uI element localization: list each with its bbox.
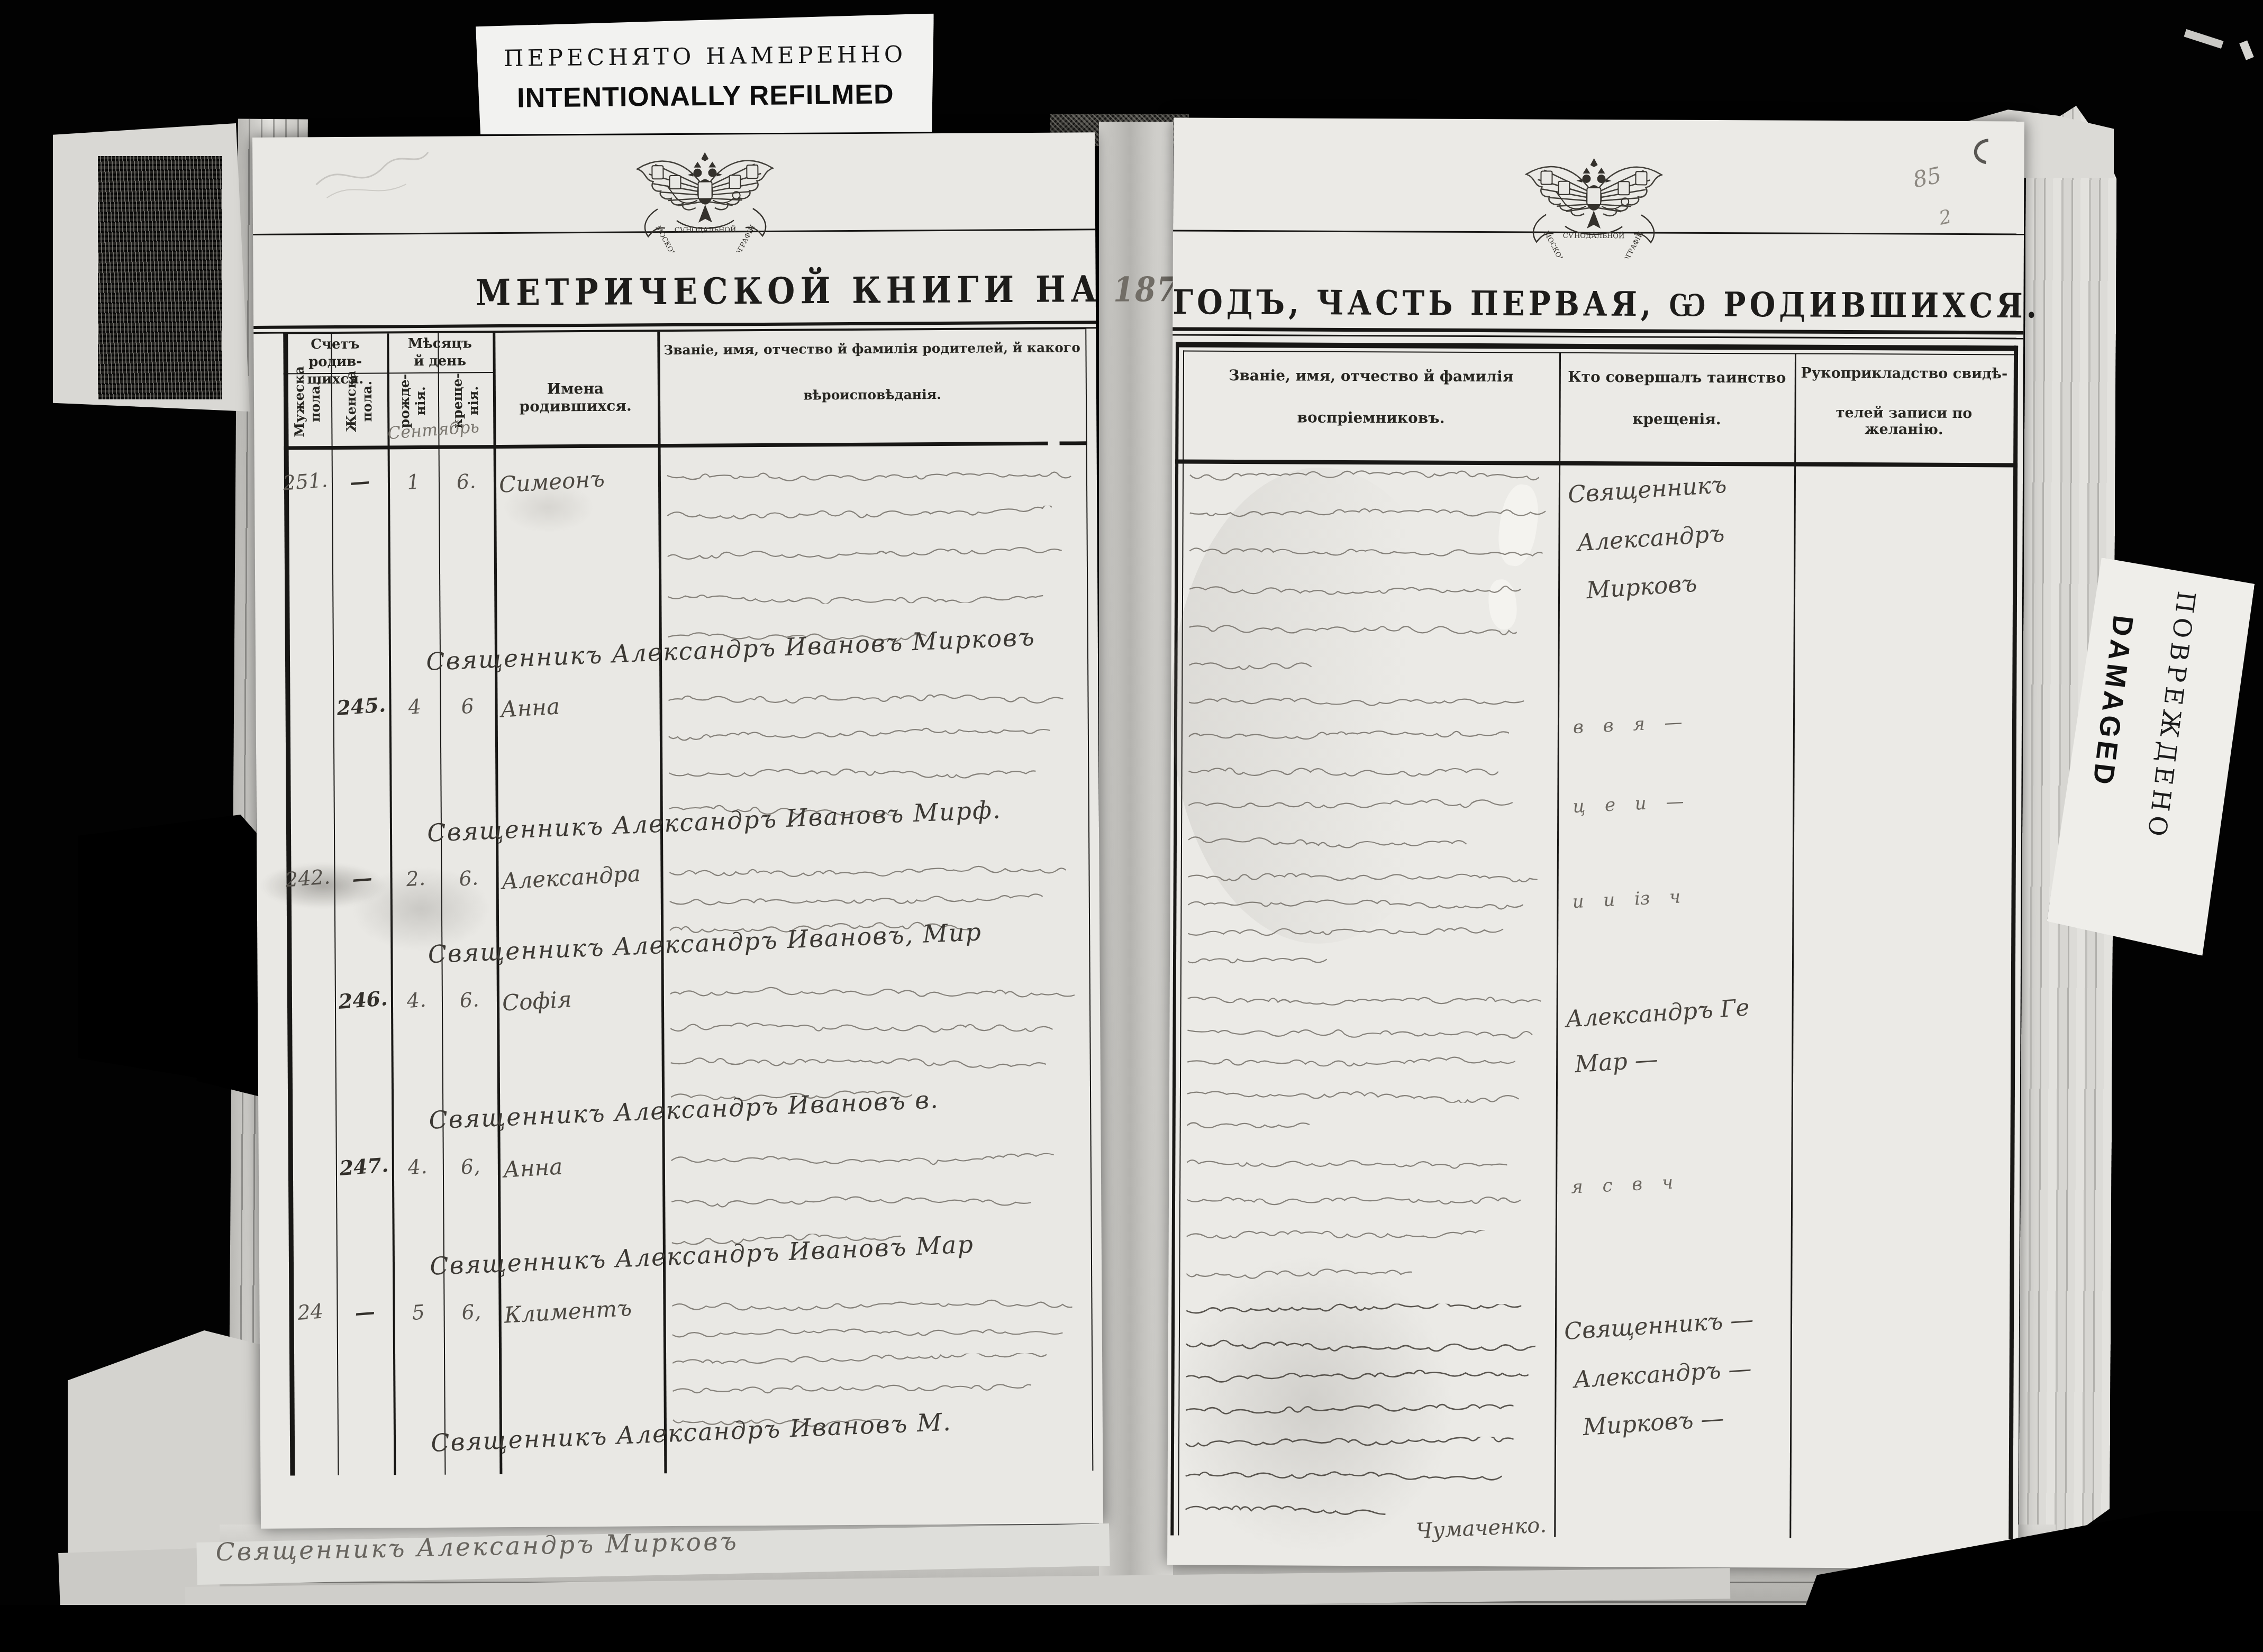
handwriting-line xyxy=(668,862,1066,881)
handwriting-line xyxy=(1187,925,1508,943)
entry-baptism-day: 6 xyxy=(439,693,496,720)
entry-birth-day: 4. xyxy=(391,1153,443,1180)
handwriting-line xyxy=(1188,581,1524,599)
double-eagle-drawing: МОСКОВСКОЙСѴНОДАЛЬНОЙТИПОГРАФІИ xyxy=(1514,147,1674,258)
refilm-banner: ПЕРЕСНЯТО НАМЕРЕННО INTENTIONALLY REFILM… xyxy=(476,13,935,136)
header-priest: Кто совершалъ таинствокрещенія. xyxy=(1559,368,1794,428)
entry-child-name: Анна xyxy=(503,1147,662,1182)
entry-female-number: — xyxy=(336,1298,394,1326)
entry-female-number: — xyxy=(333,864,391,892)
damaged-label-russian: ПОВРЕЖДЕНО xyxy=(2141,590,2201,843)
handwriting-line xyxy=(1185,1468,1506,1486)
handwriting-line xyxy=(1186,1086,1526,1103)
table-vertical-rule xyxy=(1554,352,1561,1537)
priest-column-entry: Александръ Ге xyxy=(1565,994,1750,1033)
priest-column-ditto-marks: ц е и — xyxy=(1572,791,1684,817)
table-horizontal-rule xyxy=(1173,334,2023,340)
header-parents: Званіе, имя, отчество й фамилія родителе… xyxy=(657,340,1087,404)
header-godparents-line1: Званіе, имя, отчество й фамилія xyxy=(1183,367,1559,386)
handwriting-line xyxy=(1189,505,1547,523)
priest-column-ditto-marks: и и із ч xyxy=(1572,886,1681,912)
priest-column-entry: Мирковъ xyxy=(1586,570,1698,605)
book-spine xyxy=(1099,122,1173,1583)
handwriting-line xyxy=(667,690,1068,708)
synodal-eagle-emblem: МОСКОВСКОЙСѴНОДАЛЬНОЙТИПОГРАФІИ xyxy=(625,141,785,253)
damaged-label-english: DAMAGED xyxy=(2086,614,2140,790)
microfilm-frame: МОСКОВСКОЙСѴНОДАЛЬНОЙТИПОГРАФІИМЕТРИЧЕСК… xyxy=(0,0,2263,1652)
left-paper-stack-top xyxy=(53,123,250,412)
ribbon-word: СѴНОДАЛЬНОЙ xyxy=(1563,231,1625,241)
ribbon-word: СѴНОДАЛЬНОЙ xyxy=(675,225,737,234)
handwriting-line xyxy=(671,1381,1031,1399)
refilm-banner-russian: ПЕРЕСНЯТО НАМЕРЕННО xyxy=(476,41,934,72)
damaged-paper-texture xyxy=(98,156,222,399)
handwriting-line xyxy=(1185,1303,1521,1320)
handwriting-line xyxy=(667,587,1043,605)
handwriting-line xyxy=(1187,869,1538,887)
handwriting-line xyxy=(1188,619,1517,637)
header-male-sex: Мужеска пола. xyxy=(292,359,324,444)
entry-male-number: 24 xyxy=(284,1299,337,1326)
table-vertical-rule xyxy=(1789,353,1796,1538)
handwriting-line xyxy=(669,1018,1058,1036)
entry-baptism-day: 6. xyxy=(441,987,497,1014)
header-priest-line1: Кто совершалъ таинство xyxy=(1559,368,1795,387)
entry-birth-day: 5 xyxy=(392,1299,444,1326)
priest-column-entry: Мар — xyxy=(1574,1046,1659,1078)
handwriting-line xyxy=(1186,1023,1533,1040)
entry-male-number: 251. xyxy=(279,468,331,495)
handwriting-line xyxy=(1188,543,1542,561)
page-title-left: МЕТРИЧЕСКОЙ КНИГИ НА 1878 xyxy=(253,268,1096,316)
handwriting-line xyxy=(671,1324,1065,1343)
metrical-book-title-left: МЕТРИЧЕСКОЙ КНИГИ НА xyxy=(476,268,1102,314)
handwriting-line xyxy=(1185,1369,1529,1386)
handwriting-line xyxy=(669,983,1075,1002)
table-horizontal-rule xyxy=(1183,351,2014,355)
handwriting-line xyxy=(1187,954,1333,970)
header-witnesses-line1: Рукоприкладство свидѣ- xyxy=(1795,365,2014,382)
handwriting-line xyxy=(670,1151,1055,1169)
entry-birth-day: 2. xyxy=(389,865,442,892)
header-godparents: Званіе, имя, отчество й фамиліявоспріемн… xyxy=(1183,367,1559,427)
entry-child-name: Анна xyxy=(499,687,659,722)
handwriting-line xyxy=(668,763,1035,781)
bottom-black-strip xyxy=(0,1605,2263,1652)
header-godparents-line2: воспріемниковъ. xyxy=(1183,408,1559,427)
entry-child-name: Симеонъ xyxy=(498,462,658,497)
table-horizontal-rule xyxy=(1173,327,2023,335)
synodal-eagle-emblem: МОСКОВСКОЙСѴНОДАЛЬНОЙТИПОГРАФІИ xyxy=(1514,147,1674,258)
entry-birth-day: 4 xyxy=(388,693,441,720)
priest-column-ditto-marks: я с в ч xyxy=(1570,1172,1674,1198)
entry-female-number: 247. xyxy=(335,1153,393,1181)
header-priest-line2: крещенія. xyxy=(1559,410,1794,428)
entry-female-number: — xyxy=(331,468,388,496)
handwriting-line xyxy=(1188,729,1509,746)
priest-column-entry: Священникъ — xyxy=(1564,1306,1755,1345)
handwriting-line xyxy=(668,726,1052,744)
handwriting-line xyxy=(670,1053,1046,1071)
handwriting-line xyxy=(1188,658,1315,674)
handwriting-line xyxy=(1187,991,1544,1008)
handwriting-line xyxy=(1188,763,1498,781)
page-title-right: ГОДЪ, ЧАСТЬ ПЕРВАЯ, Ѡ РОДИВШИХСЯ. xyxy=(1173,282,2023,326)
handwriting-line xyxy=(1186,1155,1507,1172)
priest-column-ditto-marks: в в я — xyxy=(1573,711,1683,738)
handwriting-line xyxy=(1187,798,1516,815)
handwriting-line xyxy=(1186,1229,1485,1246)
handwriting-line xyxy=(1185,1336,1535,1353)
header-parents-line2: вѣроисповѣданія. xyxy=(658,386,1087,404)
priest-column-entry: Александръ xyxy=(1576,520,1725,556)
pencil-scribble xyxy=(311,136,433,206)
entry-female-number: 246. xyxy=(334,986,392,1014)
handwriting-line xyxy=(669,891,1045,909)
handwriting-line xyxy=(666,506,1055,524)
left-page: МОСКОВСКОЙСѴНОДАЛЬНОЙТИПОГРАФІИМЕТРИЧЕСК… xyxy=(252,132,1103,1529)
entry-birth-day: 1 xyxy=(387,468,439,495)
header-witnesses-line2: телей записи по желанію. xyxy=(1794,405,2013,439)
film-corner-mark xyxy=(2184,29,2223,49)
table-vertical-rule xyxy=(1085,329,1093,1471)
header-parents-line1: Званіе, имя, отчество й фамилія родителе… xyxy=(657,340,1086,358)
header-female-sex: Женска пола. xyxy=(343,359,376,443)
handwriting-line xyxy=(666,465,1071,483)
handwriting-line xyxy=(1186,1192,1522,1209)
handwriting-line xyxy=(1184,1502,1385,1519)
priest-column-entry: Александръ — xyxy=(1573,1355,1752,1394)
handwriting-line xyxy=(1185,1266,1412,1283)
entry-female-number: 245. xyxy=(332,692,390,720)
entry-baptism-day: 6, xyxy=(443,1299,499,1326)
folio-number: 85 xyxy=(1911,162,1943,193)
handwriting-line xyxy=(1188,695,1524,712)
pencil-curl-mark xyxy=(1965,136,1997,173)
handwriting-line xyxy=(1186,1118,1314,1134)
table-horizontal-rule xyxy=(1060,441,1087,445)
handwriting-line xyxy=(1187,832,1472,849)
entry-baptism-day: 6. xyxy=(438,468,494,496)
handwriting-line xyxy=(1185,1402,1513,1420)
table-vertical-rule xyxy=(2008,345,2018,1539)
entry-baptism-day: 6. xyxy=(440,865,497,892)
priest-column-entry: Священникъ xyxy=(1567,471,1728,509)
right-page: МОСКОВСКОЙСѴНОДАЛЬНОЙТИПОГРАФІИГОДЪ, ЧАС… xyxy=(1167,118,2024,1569)
handwriting-line xyxy=(670,1191,1038,1209)
entry-child-name: Александра xyxy=(501,859,660,894)
metrical-book-title-right: ГОДЪ, ЧАСТЬ ПЕРВАЯ, Ѡ РОДИВШИХСЯ. xyxy=(1173,282,2040,326)
entry-child-name: Климентъ xyxy=(503,1293,663,1328)
entry-baptism-day: 6, xyxy=(442,1153,498,1181)
handwriting-line xyxy=(671,1295,1072,1314)
table-horizontal-rule xyxy=(1176,342,2018,351)
folio-secondary-number: 2 xyxy=(1937,206,1953,230)
table-horizontal-rule xyxy=(1175,460,2017,468)
header-witnesses: Рукоприкладство свидѣ-телей записи по же… xyxy=(1794,365,2014,439)
refilm-banner-english: INTENTIONALLY REFILMED xyxy=(476,78,935,114)
handwriting-line xyxy=(667,546,1064,564)
handwriting-line xyxy=(1189,467,1539,485)
handwriting-line xyxy=(1187,897,1523,915)
handwriting-line xyxy=(671,1353,1048,1371)
priest-column-entry: Мирковъ — xyxy=(1582,1405,1725,1441)
handwriting-line xyxy=(1186,1054,1522,1072)
entry-birth-day: 4. xyxy=(390,987,442,1014)
film-corner-mark xyxy=(2239,40,2254,60)
entry-child-name: Софія xyxy=(502,981,661,1016)
header-names-of-born: Имена родившихся. xyxy=(493,379,658,415)
godparents-tail-word: Чумаченко. xyxy=(1415,1513,1547,1544)
handwriting-line xyxy=(1185,1435,1521,1453)
double-eagle-drawing: МОСКОВСКОЙСѴНОДАЛЬНОЙТИПОГРАФІИ xyxy=(625,141,785,253)
